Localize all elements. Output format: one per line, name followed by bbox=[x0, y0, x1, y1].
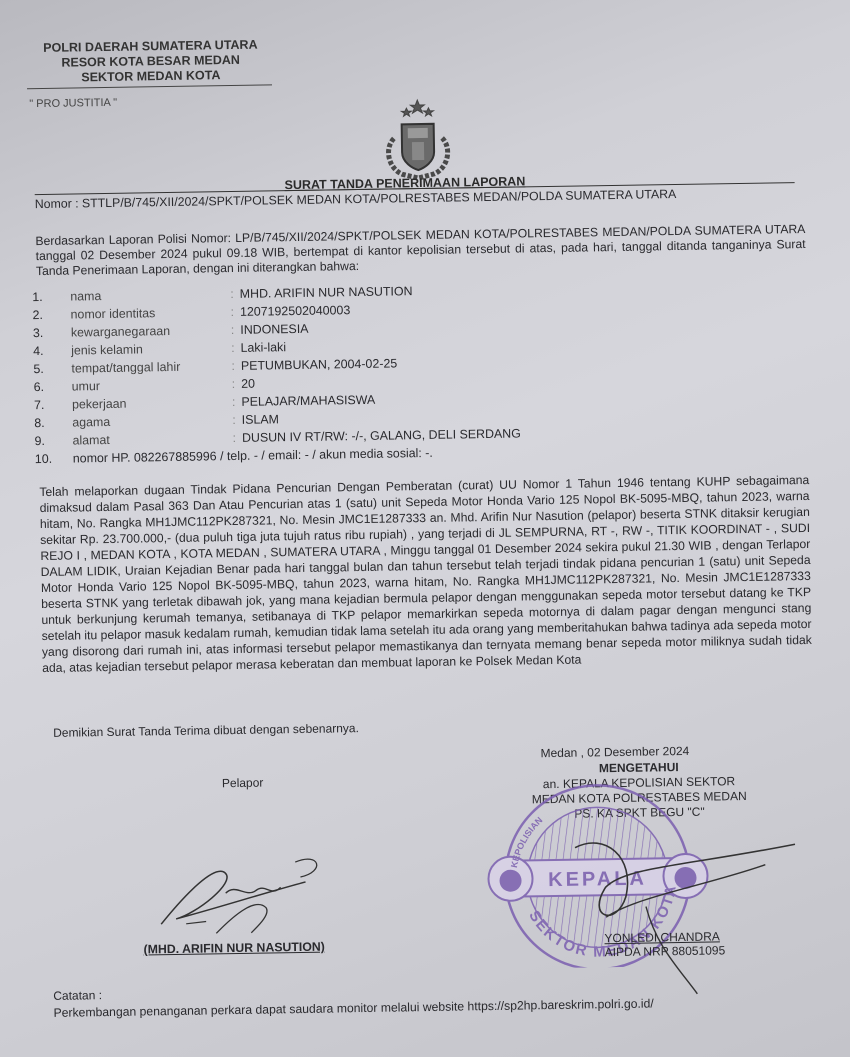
field-number: 6. bbox=[34, 380, 72, 399]
pro-justitia-label: " PRO JUSTITIA " bbox=[29, 97, 117, 110]
field-number: 10. bbox=[35, 452, 73, 471]
field-separator: : bbox=[232, 413, 236, 427]
field-number: 7. bbox=[34, 398, 72, 417]
field-separator: : bbox=[230, 287, 234, 301]
field-value-text: 1207192502040003 bbox=[240, 303, 350, 319]
field-value-text: PETUMBUKAN, 2004-02-25 bbox=[241, 356, 398, 372]
reporter-name: (MHD. ARIFIN NUR NASUTION) bbox=[143, 940, 324, 957]
place-date: Medan , 02 Desember 2024 bbox=[540, 744, 689, 760]
issuing-office-header: POLRI DAERAH SUMATERA UTARA RESOR KOTA B… bbox=[30, 37, 271, 89]
field-number: 5. bbox=[33, 362, 71, 381]
reporter-signature-icon bbox=[155, 851, 336, 944]
field-value-text: DUSUN IV RT/RW: -/-, GALANG, DELI SERDAN… bbox=[242, 426, 521, 444]
officer-signature-icon bbox=[565, 824, 808, 998]
note-label: Catatan : bbox=[53, 988, 102, 1003]
field-number: 4. bbox=[33, 344, 71, 363]
field-value-text: PELAJAR/MAHASISWA bbox=[241, 393, 375, 409]
field-value-text: MHD. ARIFIN NUR NASUTION bbox=[240, 284, 413, 301]
field-value-text: ISLAM bbox=[242, 412, 279, 427]
field-number: 1. bbox=[32, 290, 70, 309]
report-description: Telah melaporkan dugaan Tindak Pidana Pe… bbox=[39, 472, 812, 676]
field-separator: : bbox=[230, 305, 234, 319]
police-emblem-icon bbox=[371, 97, 464, 182]
field-number: 2. bbox=[32, 308, 70, 327]
field-separator: : bbox=[232, 377, 236, 391]
field-separator: : bbox=[232, 431, 236, 445]
field-value-text: INDONESIA bbox=[240, 322, 308, 337]
field-separator: : bbox=[232, 395, 236, 409]
note-text: Perkembangan penanganan perkara dapat sa… bbox=[53, 994, 833, 1020]
intro-paragraph: Berdasarkan Laporan Polisi Nomor: LP/B/7… bbox=[35, 222, 806, 279]
field-number: 9. bbox=[34, 434, 72, 453]
closing-statement: Demikian Surat Tanda Terima dibuat denga… bbox=[53, 721, 359, 740]
field-separator: : bbox=[231, 341, 235, 355]
reporter-label: Pelapor bbox=[222, 776, 264, 791]
field-separator: : bbox=[231, 359, 235, 373]
field-separator: : bbox=[231, 323, 235, 337]
field-number: 3. bbox=[33, 326, 71, 345]
police-report-receipt: POLRI DAERAH SUMATERA UTARA RESOR KOTA B… bbox=[0, 0, 850, 1057]
reporter-identity-table: 1.nama:MHD. ARIFIN NUR NASUTION2.nomor i… bbox=[32, 283, 521, 471]
field-value-text: 20 bbox=[241, 377, 255, 391]
field-number: 8. bbox=[34, 416, 72, 435]
field-value-text: Laki-laki bbox=[240, 340, 286, 355]
